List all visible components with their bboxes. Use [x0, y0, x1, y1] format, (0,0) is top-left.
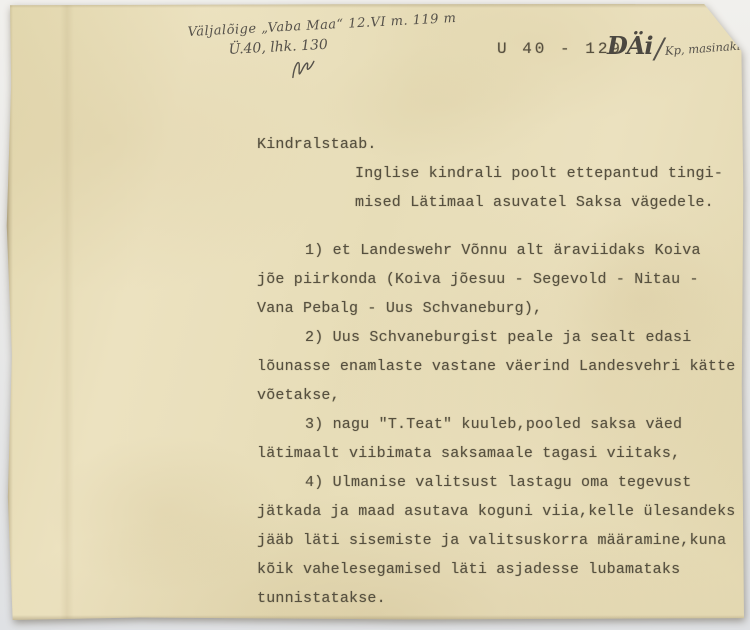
- typed-line-point4: 4) Ulmanise valitsust lastagu oma tegevu…: [305, 468, 749, 497]
- typed-line-point3: 3) nagu "T.Teat" kuuleb,pooled saksa väe…: [305, 410, 749, 439]
- typed-line: võetakse,: [257, 381, 749, 410]
- monogram-note: Kp, masinakiri: [664, 38, 749, 58]
- typed-line: jääb läti sisemiste ja valitsuskorra mää…: [257, 526, 749, 555]
- paper-left-edge: [6, 4, 13, 620]
- scanned-document-backdrop: Väljalõige „Vaba Maa“ 12.VI m. 119 m Ü.4…: [0, 0, 750, 630]
- monogram-slash: /: [655, 32, 664, 65]
- typed-line-subtitle2: mised Lätimaal asuvatel Saksa vägedele.: [355, 188, 749, 217]
- typed-line: jätkada ja maad asutava koguni viia,kell…: [257, 497, 749, 526]
- paper-shadow-wrap: Väljalõige „Vaba Maa“ 12.VI m. 119 m Ü.4…: [6, 4, 744, 620]
- reference-number: U 40 - 129: [497, 40, 623, 58]
- paper-crease: [60, 4, 74, 620]
- typed-line-point1: 1) et Landeswehr Võnnu alt äraviidaks Ko…: [305, 236, 749, 265]
- handwritten-archive-note: Väljalõige „Vaba Maa“ 12.VI m. 119 m Ü.4…: [187, 11, 458, 60]
- typed-line-subtitle1: Inglise kindrali poolt ettepantud tingi-: [355, 159, 749, 188]
- handwritten-monogram: DÄi: [607, 31, 653, 60]
- typed-line: lõunasse enamlaste vastane väerind Lande…: [257, 352, 749, 381]
- typed-line: lätimaalt viibimata saksamaale tagasi vi…: [257, 439, 749, 468]
- typed-line: Vana Pebalg - Uus Schvaneburg),: [257, 294, 749, 323]
- typed-body-text: Kindralstaab. Inglise kindrali poolt ett…: [257, 130, 749, 613]
- typed-line: jõe piirkonda (Koiva jõesuu - Segevold -…: [257, 265, 749, 294]
- initials-flourish-icon: [286, 54, 320, 87]
- typed-line: kõik vahelesegamised läti asjadesse luba…: [257, 555, 749, 584]
- typed-line-point2: 2) Uus Schvaneburgist peale ja sealt eda…: [305, 323, 749, 352]
- document-paper: Väljalõige „Vaba Maa“ 12.VI m. 119 m Ü.4…: [6, 4, 744, 620]
- monogram-group: DÄi/Kp, masinakiri: [607, 28, 750, 61]
- typed-line: tunnistatakse.: [257, 584, 749, 613]
- paper-bottom-edge: [6, 615, 744, 620]
- typed-line-heading: Kindralstaab.: [257, 130, 749, 159]
- paper-top-edge: [6, 4, 744, 8]
- paper-stain: [46, 434, 286, 594]
